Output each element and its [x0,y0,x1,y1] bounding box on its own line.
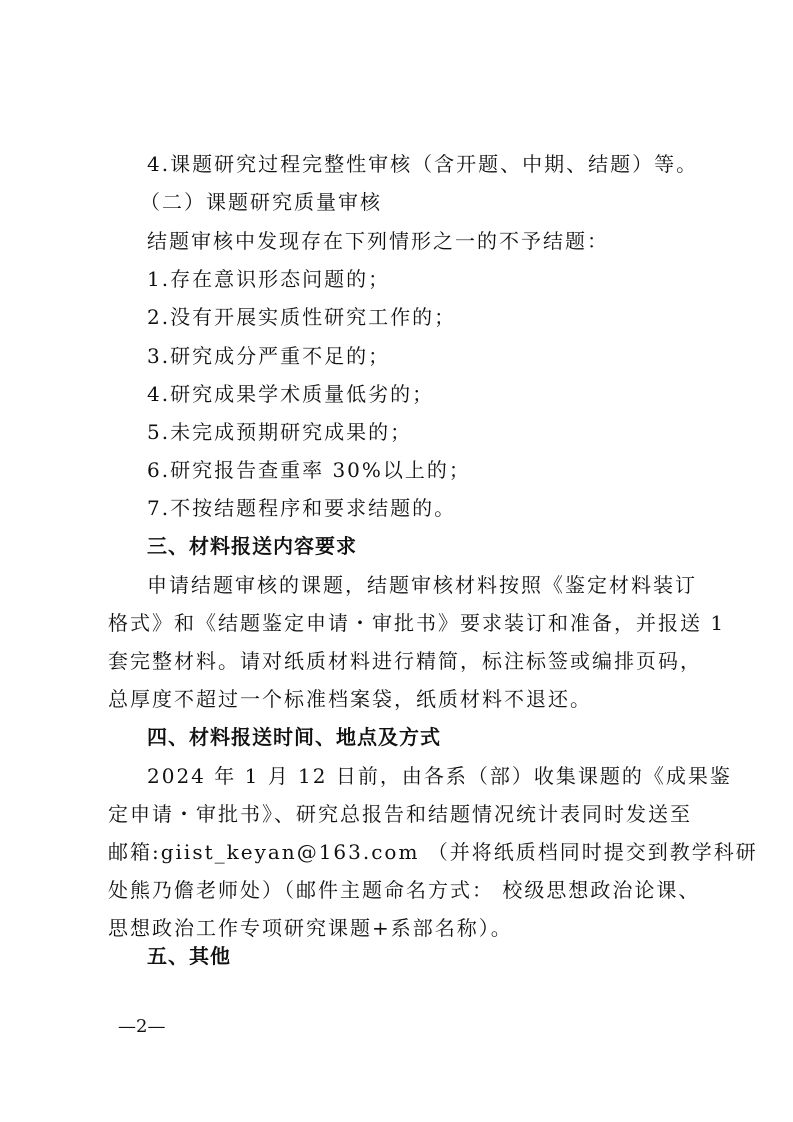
text-line: 思想政治工作专项研究课题+系部名称）。 [108,916,513,940]
page-number: —2— [118,1016,165,1037]
text-line: 申请结题审核的课题，结题审核材料按照《鉴定材料装订 [147,573,697,597]
text-line: 4.研究成果学术质量低劣的； [147,382,434,406]
text-line: 处熊乃儋老师处）（邮件主题命名方式： 校级思想政治论课、 [108,878,700,902]
text-line: （二）课题研究质量审核 [140,190,382,214]
text-line: 结题审核中发现存在下列情形之一的不予结题： [147,229,609,253]
text-line: 5.未完成预期研究成果的； [147,420,412,444]
text-line[interactable]: 邮箱:giist_keyan@163.com （并将纸质档同时提交到教学科研 [108,840,758,864]
section-heading: 五、其他 [147,944,231,968]
text-line: 3.研究成分严重不足的； [147,344,390,368]
text-line: 4.课题研究过程完整性审核（含开题、中期、结题）等。 [147,152,698,176]
text-line: 套完整材料。请对纸质材料进行精简，标注标签或编排页码， [108,649,702,673]
text-line: 6.研究报告查重率 30%以上的； [147,458,471,482]
text-line: 1.存在意识形态问题的； [147,267,390,291]
text-line: 2.没有开展实质性研究工作的； [147,305,456,329]
text-line: 格式》和《结题鉴定申请・审批书》要求装订和准备，并报送 1 [108,611,725,635]
text-line: 总厚度不超过一个标准档案袋，纸质材料不退还。 [108,687,592,711]
section-heading: 四、材料报送时间、地点及方式 [147,725,441,749]
text-line: 7.不按结题程序和要求结题的。 [147,496,456,520]
text-line: 定申请・审批书》、研究总报告和结题情况统计表同时发送至 [108,802,692,826]
text-line: 2024 年 1 月 12 日前，由各系（部）收集课题的《成果鉴 [147,764,732,788]
section-heading: 三、材料报送内容要求 [147,534,357,558]
